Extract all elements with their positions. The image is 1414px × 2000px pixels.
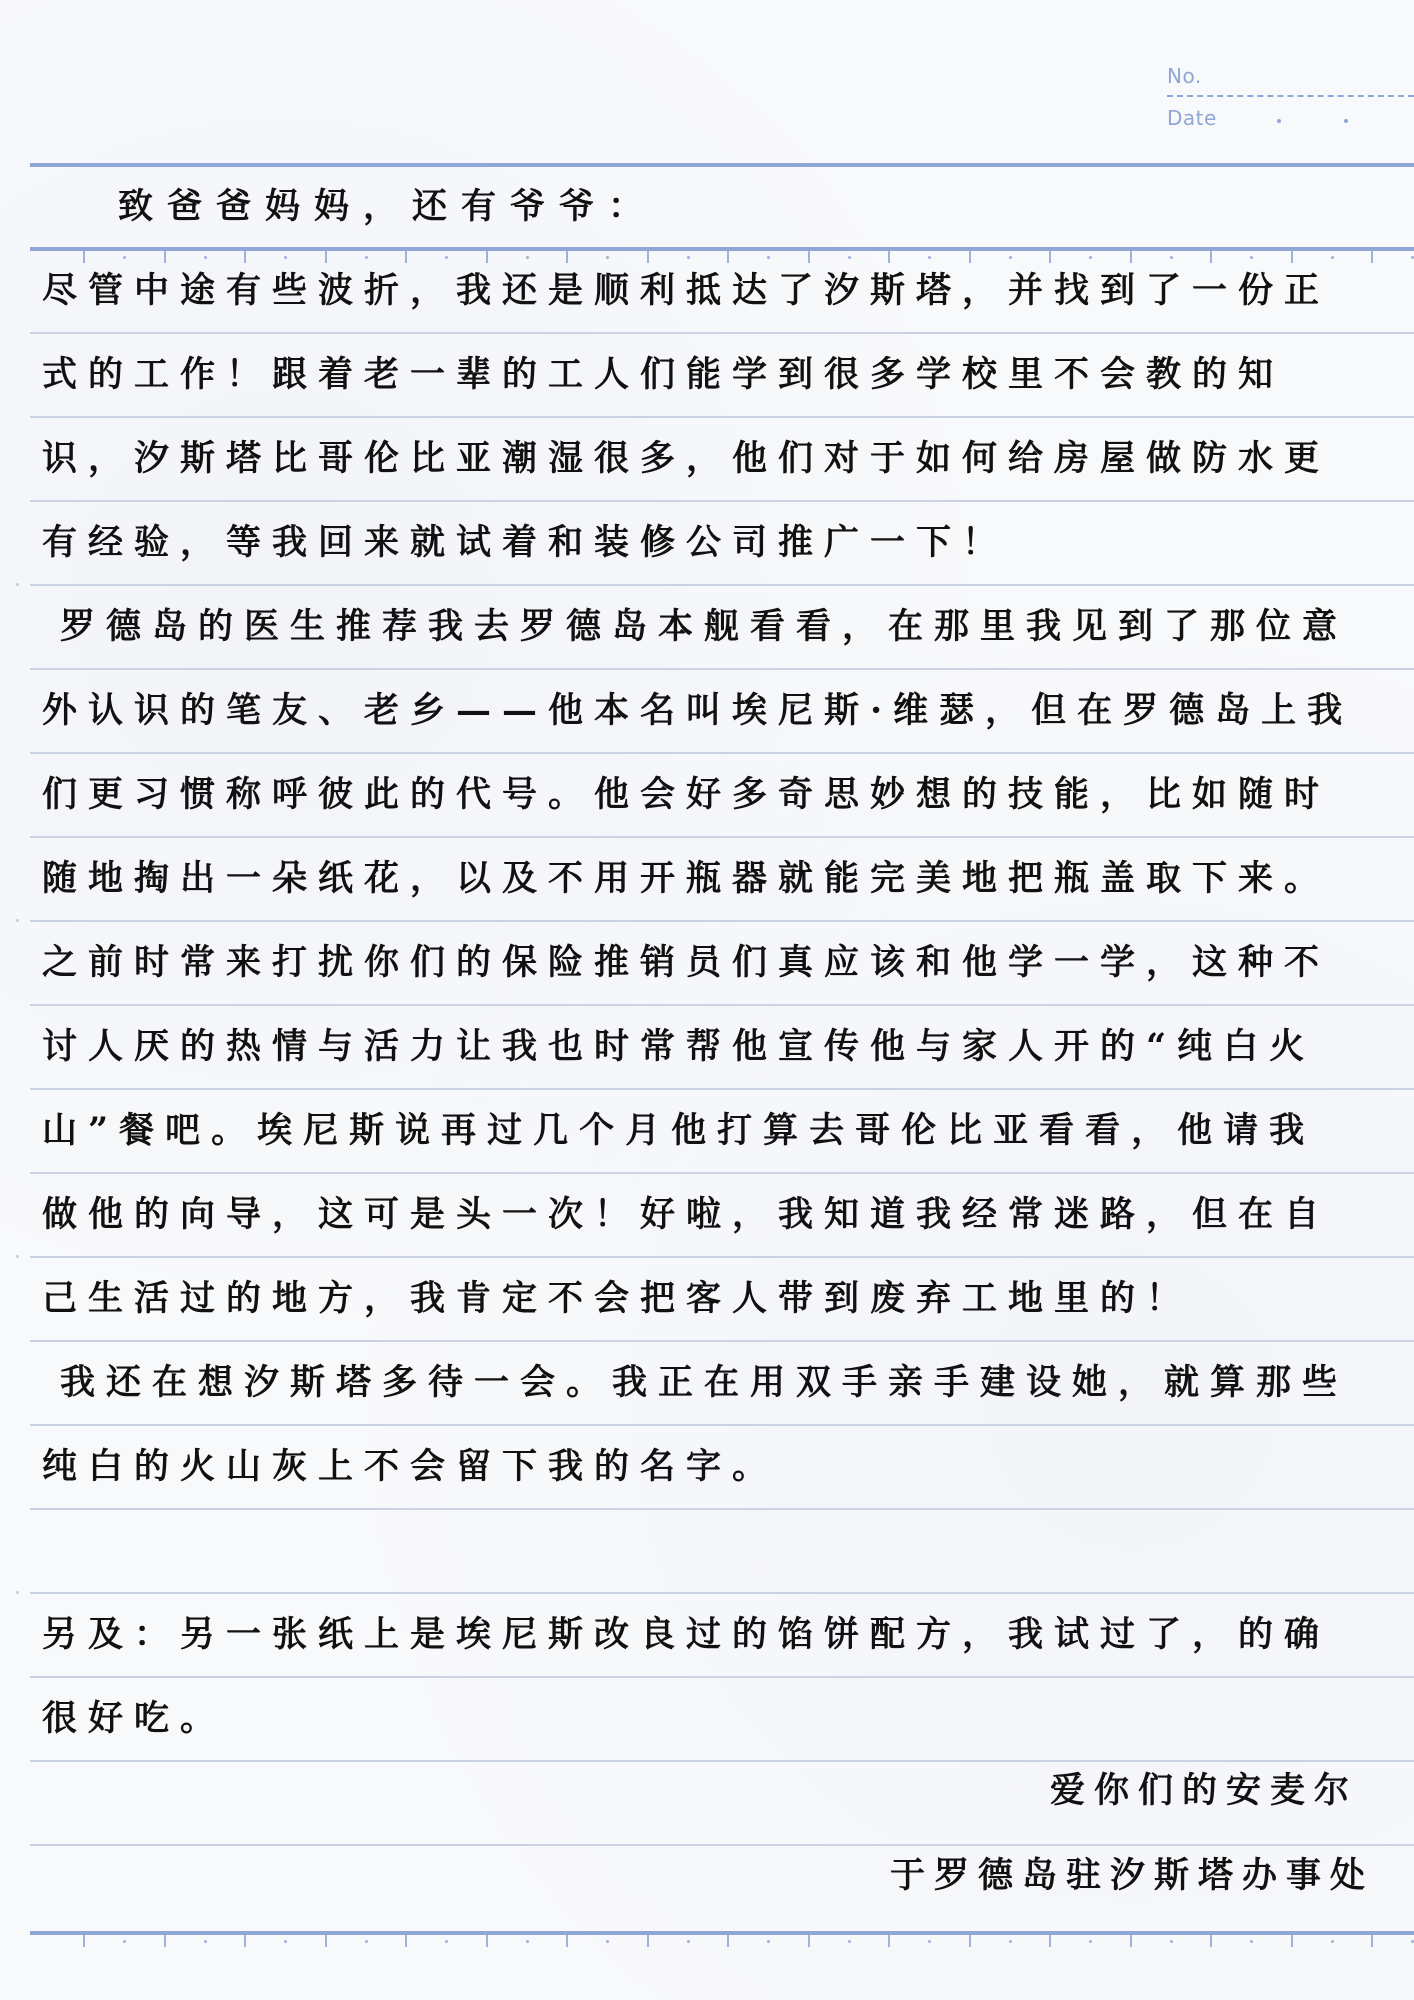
ruler-tick xyxy=(566,1935,568,1947)
ruler-ticks-bottom xyxy=(30,1935,1414,1949)
body-line: 我还在想汐斯塔多待一会。我正在用双手亲手建设她，就算那些 xyxy=(60,1341,1348,1425)
signature-location: 于罗德岛驻汐斯塔办事处 xyxy=(890,1834,1374,1918)
ruler-tick xyxy=(83,1935,85,1947)
ruler-tick xyxy=(244,1935,246,1947)
ruler-tick xyxy=(969,1935,971,1947)
signature-closing: 爱你们的安麦尔 xyxy=(1050,1749,1358,1833)
ruler-tick xyxy=(325,1935,327,1947)
ruler-tick xyxy=(405,1935,407,1947)
ruler-tick xyxy=(1210,1935,1212,1947)
ruler-dot xyxy=(1250,1940,1253,1943)
ruler-tick xyxy=(486,1935,488,1947)
body-line: 式的工作！跟着老一辈的工人们能学到很多学校里不会教的知 xyxy=(42,333,1284,417)
body-line: 们更习惯称呼彼此的代号。他会好多奇思妙想的技能，比如随时 xyxy=(42,753,1330,837)
ruler-dot xyxy=(123,1940,126,1943)
ruler-dot xyxy=(526,1940,529,1943)
number-label: No. xyxy=(1167,64,1202,88)
ruler-tick xyxy=(727,1935,729,1947)
ruler-dot xyxy=(767,1940,770,1943)
ruler-tick xyxy=(164,1935,166,1947)
ruler-dot xyxy=(204,1940,207,1943)
body-line: 外认识的笔友、老乡——他本名叫埃尼斯·维瑟，但在罗德岛上我 xyxy=(42,669,1353,753)
body-line: 之前时常来打扰你们的保险推销员们真应该和他学一学，这种不 xyxy=(42,921,1330,1005)
ruler-dot xyxy=(445,1940,448,1943)
body-line: 山”餐吧。埃尼斯说再过几个月他打算去哥伦比亚看看，他请我 xyxy=(42,1089,1315,1173)
ruler-dot xyxy=(848,1940,851,1943)
date-label: Date xyxy=(1167,106,1217,130)
margin-dot xyxy=(16,1255,19,1258)
ruler-dot xyxy=(365,1940,368,1943)
ruler-dot xyxy=(1009,1940,1012,1943)
ruler-tick xyxy=(1371,251,1373,263)
ruler-dot xyxy=(1170,1940,1173,1943)
ruler-dot xyxy=(687,1940,690,1943)
ruler-tick xyxy=(1130,1935,1132,1947)
postscript-line: 很好吃。 xyxy=(42,1677,226,1761)
ruler-tick xyxy=(1291,1935,1293,1947)
postscript-line: 另及：另一张纸上是埃尼斯改良过的馅饼配方，我试过了，的确 xyxy=(42,1593,1330,1677)
ruler-tick xyxy=(1049,1935,1051,1947)
ruler-dot xyxy=(928,1940,931,1943)
ruler-tick xyxy=(808,1935,810,1947)
body-line: 尽管中途有些波折，我还是顺利抵达了汐斯塔，并找到了一份正 xyxy=(42,249,1330,333)
ruler-dot xyxy=(606,1940,609,1943)
margin-dot xyxy=(16,1591,19,1594)
ruler-tick xyxy=(1371,1935,1373,1947)
body-line: 随地掏出一朵纸花，以及不用开瓶器就能完美地把瓶盖取下来。 xyxy=(42,837,1330,921)
ruler-dot xyxy=(284,1940,287,1943)
body-line: 己生活过的地方，我肯定不会把客人带到废弃工地里的！ xyxy=(42,1257,1192,1341)
body-line: 有经验，等我回来就试着和装修公司推广一下！ xyxy=(42,501,1008,585)
ruler-dot xyxy=(1089,1940,1092,1943)
ruler-tick xyxy=(647,1935,649,1947)
body-line: 做他的向导，这可是头一次！好啦，我知道我经常迷路，但在自 xyxy=(42,1173,1330,1257)
body-line: 纯白的火山灰上不会留下我的名字。 xyxy=(42,1425,778,1509)
body-line: 罗德岛的医生推荐我去罗德岛本舰看看，在那里我见到了那位意 xyxy=(60,585,1348,669)
date-separator-dot xyxy=(1277,119,1281,123)
letter-greeting: 致爸爸妈妈，还有爷爷： xyxy=(118,165,657,249)
margin-dot xyxy=(16,919,19,922)
number-dashed-line xyxy=(1167,95,1414,97)
ruler-dot xyxy=(1331,256,1334,259)
ruler-dot xyxy=(1331,1940,1334,1943)
body-line: 讨人厌的热情与活力让我也时常帮他宣传他与家人开的“纯白火 xyxy=(42,1005,1315,1089)
ruler-tick xyxy=(888,1935,890,1947)
date-separator-dot xyxy=(1344,119,1348,123)
margin-dot xyxy=(16,583,19,586)
body-line: 识，汐斯塔比哥伦比亚潮湿很多，他们对于如何给房屋做防水更 xyxy=(42,417,1330,501)
